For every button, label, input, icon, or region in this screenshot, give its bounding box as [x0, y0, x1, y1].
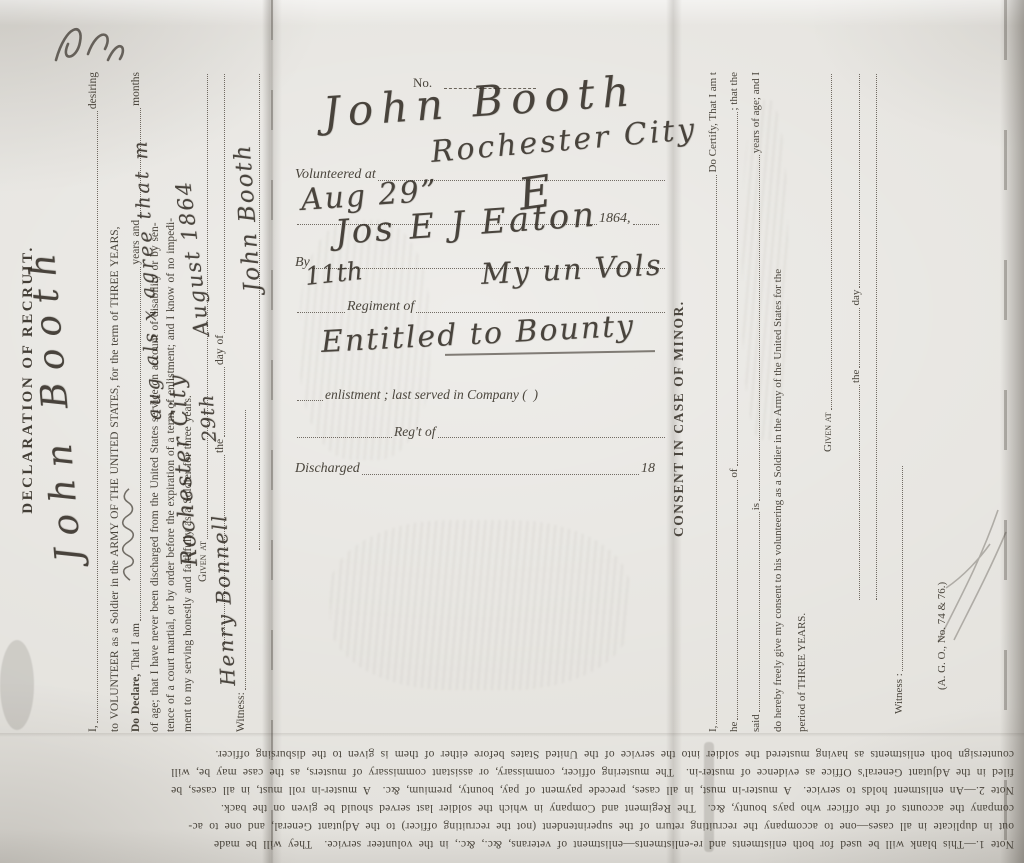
printed-text: the: [849, 370, 863, 383]
consent-line-relation: heof; that the: [727, 72, 741, 732]
blank-dotted-line: [256, 74, 260, 550]
blank-dotted-line: [137, 267, 141, 621]
printed-text: Reg't of: [394, 423, 436, 441]
printed-text: enlistment ; last served in Company ( ): [325, 386, 538, 404]
note-2-line-2: filed in the Adjutant General's Office a…: [36, 763, 1014, 781]
blank-dotted-line: [221, 74, 225, 333]
printed-text: countersign both enlistments as having m…: [215, 745, 1014, 763]
blank-dotted-line: [221, 455, 225, 645]
consent-line-form-number: (A. G. O., No. 74 & 76.): [935, 72, 949, 732]
printed-text: Do Certify, That I am t: [706, 72, 720, 173]
consent-line-said: saidisyears of age; and I: [749, 72, 763, 732]
note-1-line-1: Note 1.—This blank will be used for both…: [36, 835, 1014, 853]
spacer: [948, 690, 949, 732]
printed-text: That I am: [129, 623, 144, 670]
notes-section: Note 1.—This blank will be used for both…: [36, 741, 1014, 853]
printed-text: Given at: [821, 412, 835, 452]
consent-line-witness: Witness :: [892, 72, 906, 732]
printed-text: 18: [641, 460, 655, 478]
blank-dotted-line: [633, 221, 659, 225]
consent-line-blank: [873, 72, 880, 732]
form-line-discharged: Discharged18: [295, 460, 667, 478]
blank-dotted-line: [297, 309, 345, 313]
blank-dotted-line: [899, 466, 903, 671]
blank-dotted-line: [221, 367, 225, 437]
consent-line-given-at: Given at: [821, 72, 835, 732]
printed-text: years of age; and I: [749, 72, 763, 153]
printed-text: day: [849, 290, 863, 306]
blank-dotted-line: [856, 385, 860, 600]
decl-line-serving: ment to my serving honestly and faithful…: [181, 72, 196, 732]
scanned-enlistment-document: DECLARATION OF RECRUIT. I,desiringto VOL…: [0, 0, 1024, 863]
consent-body: I,Do Certify, That I am theof; that thes…: [706, 72, 949, 732]
printed-text: ment to my serving honestly and faithful…: [181, 395, 196, 732]
printed-text: Witness :: [892, 673, 906, 714]
blank-dotted-line: [828, 74, 832, 410]
printed-text: Note 2.—An enlistment holds to service. …: [171, 781, 1014, 799]
blank-dotted-line: [312, 265, 665, 269]
printed-text: company the accounts of the officer who …: [221, 799, 1014, 817]
decl-line-court: tence of a court martial, or by order be…: [164, 72, 179, 732]
decl-line-given-at: Given at: [196, 72, 211, 732]
declaration-body: I,desiringto VOLUNTEER as a Soldier in t…: [86, 72, 263, 732]
enlistment-summary-section: No.Volunteered at1864,ByRegiment ofenlis…: [295, 58, 667, 528]
consent-line-period: period of THREE YEARS.: [795, 72, 809, 732]
blank-dotted-line: [297, 397, 323, 401]
form-line-by: By: [295, 254, 667, 272]
consent-line-i: I,Do Certify, That I am t: [706, 72, 720, 732]
consent-line-freely: do hereby freely give my consent to his …: [771, 72, 785, 732]
note-2-line-3: countersign both enlistments as having m…: [36, 745, 1014, 763]
spacer: [432, 91, 442, 92]
blank-dotted-line: [242, 410, 246, 690]
spacer: [655, 477, 667, 478]
printed-text: years and: [129, 220, 144, 265]
printed-text: ; that the: [727, 72, 741, 111]
decl-line-signature: [256, 72, 263, 732]
printed-text: said: [749, 714, 763, 732]
blank-dotted-line: [856, 74, 860, 288]
declaration-title: DECLARATION OF RECRUIT.: [18, 27, 38, 732]
bleed-through-ghost: [330, 520, 630, 690]
blank-dotted-line: [438, 434, 665, 438]
printed-text: of age; that I have never been discharge…: [148, 222, 163, 732]
blank-dotted-line: [444, 85, 536, 89]
decl-line-age: of age; that I have never been discharge…: [148, 72, 163, 732]
printed-text: I,: [86, 725, 101, 732]
printed-text: do hereby freely give my consent to his …: [771, 269, 785, 732]
blank-dotted-line: [713, 175, 717, 724]
printed-text: (A. G. O., No. 74 & 76.): [935, 582, 949, 690]
printed-text: out in duplicate in all cases—one to acc…: [188, 817, 1014, 835]
form-line-no: No.: [295, 74, 667, 92]
printed-text: is: [749, 503, 763, 510]
decl-line-declare: Do Declare,That I amyears andmonths: [129, 72, 144, 732]
printed-text: Discharged: [295, 460, 360, 478]
blank-dotted-line: [756, 155, 760, 501]
blank-dotted-line: [137, 108, 141, 218]
blank-dotted-line: [756, 512, 760, 712]
printed-text: 1864,: [599, 210, 631, 228]
blank-dotted-line: [362, 471, 639, 475]
decl-line-volunteer: to VOLUNTEER as a Soldier in the ARMY OF…: [108, 72, 123, 732]
printed-text: day of: [213, 335, 228, 365]
declaration-of-recruit-section: DECLARATION OF RECRUIT. I,desiringto VOL…: [18, 27, 270, 732]
printed-text: filed in the Adjutant General's Office a…: [171, 763, 1014, 781]
form-line-volunteered: Volunteered at: [295, 166, 667, 184]
blank-dotted-line: [416, 309, 665, 313]
consent-line-date: theday: [849, 72, 863, 732]
note-1-line-3: company the accounts of the officer who …: [36, 799, 1014, 817]
form-line-regiment: Regiment of: [295, 298, 667, 316]
blank-dotted-line: [94, 111, 98, 723]
form-line-regt-of: Reg't of: [295, 423, 667, 441]
enlistment-body: No.Volunteered at1864,ByRegiment ofenlis…: [295, 74, 667, 478]
consent-section-title: CONSENT IN CASE OF MINOR.: [671, 251, 695, 537]
printed-text: to VOLUNTEER as a Soldier in the ARMY OF…: [108, 226, 123, 732]
printed-text: Volunteered at: [295, 166, 376, 184]
printed-text: the: [213, 439, 228, 453]
form-line-date: 1864,: [295, 210, 667, 228]
printed-text: By: [295, 254, 310, 272]
printed-text: I,: [706, 726, 720, 732]
blank-dotted-line: [734, 113, 738, 467]
spacer: [143, 670, 144, 674]
printed-text: Given at: [196, 541, 211, 582]
blank-dotted-line: [856, 308, 860, 368]
printed-text: desiring: [86, 72, 101, 109]
printed-text: he: [727, 722, 741, 732]
decl-line-witness: Witness:: [234, 72, 249, 732]
decl-line-name: I,desiring: [86, 72, 101, 732]
printed-text: Note 1.—This blank will be used for both…: [214, 835, 1014, 853]
printed-text: of: [727, 468, 741, 477]
note-2-line-1: Note 2.—An enlistment holds to service. …: [36, 781, 1014, 799]
blank-dotted-line: [873, 74, 877, 600]
printed-text: Regiment of: [347, 298, 414, 316]
printed-text: period of THREE YEARS.: [795, 613, 809, 732]
note-1-line-2: out in duplicate in all cases—one to acc…: [36, 817, 1014, 835]
printed-text: Witness:: [234, 692, 249, 732]
printed-text: Do Declare,: [129, 674, 144, 732]
printed-text: No.: [413, 74, 432, 92]
form-line-enlistment: enlistment ; last served in Company ( ): [295, 386, 667, 404]
decl-line-date: theday of: [213, 72, 228, 732]
blank-dotted-line: [378, 177, 665, 181]
blank-dotted-line: [734, 480, 738, 720]
blank-dotted-line: [204, 74, 208, 539]
blank-dotted-line: [297, 221, 597, 225]
printed-text: tence of a court martial, or by order be…: [164, 218, 179, 732]
printed-text: months: [129, 72, 144, 106]
consent-form-section: I,Do Certify, That I am theof; that thes…: [702, 60, 1014, 732]
blank-dotted-line: [297, 434, 392, 438]
fold-crease-horizontal: [0, 733, 1024, 737]
spacer: [905, 714, 906, 732]
